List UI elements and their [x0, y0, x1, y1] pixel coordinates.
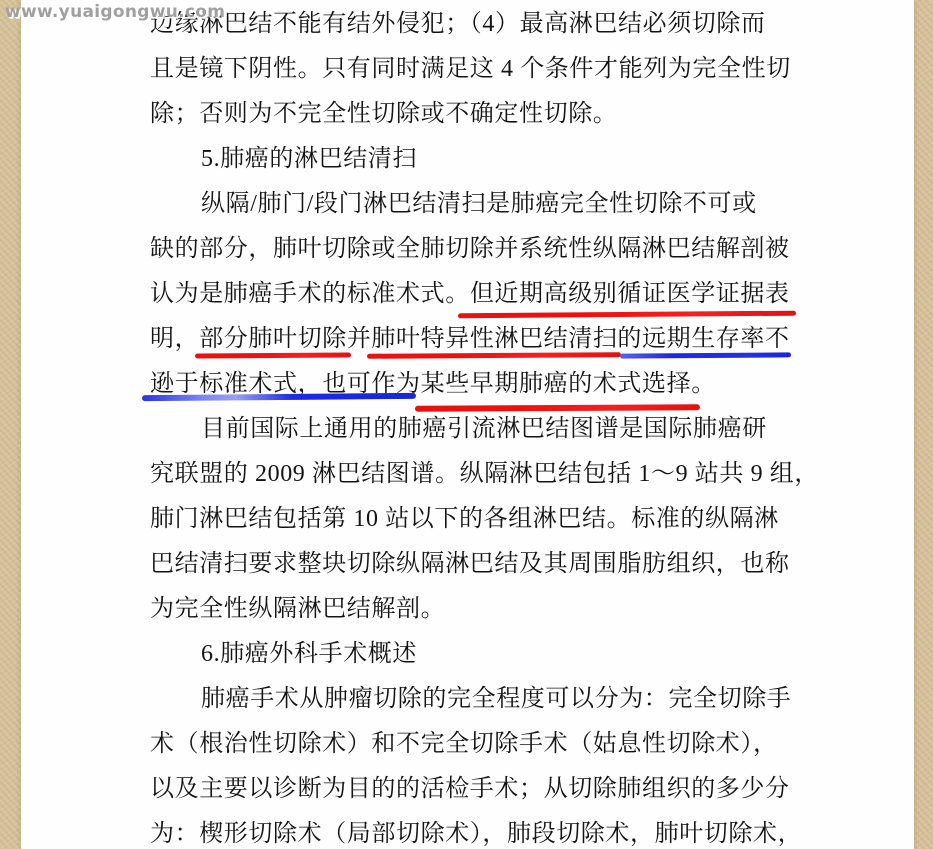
text-segment: 边缘淋巴结不能有结外侵犯；（4）最高淋巴结必须切除而 [150, 11, 766, 37]
text-segment: 并 [347, 326, 372, 352]
text-segment: 明， [150, 326, 199, 352]
text-line: 除；否则为不完全性切除或不确定性切除。 [150, 92, 796, 137]
text-line: 为：楔形切除术（局部切除术），肺段切除术，肺叶切除术， [150, 812, 796, 849]
text-line: 术（根治性切除术）和不完全切除手术（姑息性切除术）， [150, 722, 796, 767]
text-line: 目前国际上通用的肺癌引流淋巴结图谱是国际肺癌研 [150, 407, 796, 452]
text-segment: 肺门淋巴结包括第 10 站以下的各组淋巴结。标准的纵隔淋 [150, 506, 779, 532]
text-line: 且是镜下阴性。只有同时满足这 4 个条件才能列为完全性切 [150, 47, 796, 92]
blue-underlined-text: 逊于标准术式，也可作为 [150, 371, 421, 397]
text-line: 认为是肺癌手术的标准术式。但近期高级别循证医学证据表 [150, 272, 796, 317]
text-line: 明，部分肺叶切除并肺叶特异性淋巴结清扫的远期生存率不 [150, 317, 796, 362]
red-underlined-text: 某些早期肺癌的术式选择。 [421, 371, 716, 397]
text-segment: 以及主要以诊断为目的的活检手术；从切除肺组织的多少分 [150, 776, 790, 802]
red-underline-annotation [195, 353, 351, 359]
red-underlined-text: 但近期高级别循证医学证据表 [470, 281, 790, 307]
text-segment: 5.肺癌的淋巴结清扫 [201, 146, 417, 172]
document-screenshot: { "watermark": { "text": "www.yuaigongwu… [0, 0, 933, 849]
text-segment: 究联盟的 2009 淋巴结图谱。纵隔淋巴结包括 1～9 站共 9 组， [150, 461, 819, 487]
text-segment: 为：楔形切除术（局部切除术），肺段切除术，肺叶切除术， [150, 821, 802, 847]
text-segment: 目前国际上通用的肺癌引流淋巴结图谱是国际肺癌研 [201, 416, 767, 442]
text-line: 肺癌手术从肿瘤切除的完全程度可以分为：完全切除手 [150, 677, 796, 722]
text-segment: 巴结清扫要求整块切除纵隔淋巴结及其周围脂肪组织，也称 [150, 551, 790, 577]
watermark: www.yuaigongwu.com [5, 2, 225, 22]
text-segment: 6.肺癌外科手术概述 [201, 641, 417, 667]
document-text: 边缘淋巴结不能有结外侵犯；（4）最高淋巴结必须切除而且是镜下阴性。只有同时满足这… [150, 2, 796, 849]
red-underlined-text: 部分肺叶切除 [199, 326, 347, 352]
text-segment: 术（根治性切除术）和不完全切除手术（姑息性切除术）， [150, 731, 778, 757]
text-line: 逊于标准术式，也可作为某些早期肺癌的术式选择。 [150, 362, 796, 407]
text-segment: 纵隔/肺门/段门淋巴结清扫是肺癌完全性切除不可或 [201, 191, 757, 217]
text-line: 5.肺癌的淋巴结清扫 [150, 137, 796, 182]
blue-underline-annotation [620, 352, 791, 358]
text-line: 纵隔/肺门/段门淋巴结清扫是肺癌完全性切除不可或 [150, 182, 796, 227]
blue-underline-annotation [142, 393, 416, 401]
document-page: 边缘淋巴结不能有结外侵犯；（4）最高淋巴结必须切除而且是镜下阴性。只有同时满足这… [21, 0, 914, 849]
text-segment: 认为是肺癌手术的标准术式。 [150, 281, 470, 307]
text-line: 6.肺癌外科手术概述 [150, 632, 796, 677]
text-line: 缺的部分，肺叶切除或全肺切除并系统性纵隔淋巴结解剖被 [150, 227, 796, 272]
blue-underlined-text: 的远期生存率不 [617, 326, 789, 352]
text-line: 巴结清扫要求整块切除纵隔淋巴结及其周围脂肪组织，也称 [150, 542, 796, 587]
text-segment: 为完全性纵隔淋巴结解剖。 [150, 596, 445, 622]
text-segment: 除；否则为不完全性切除或不确定性切除。 [150, 101, 617, 127]
text-segment: 且是镜下阴性。只有同时满足这 4 个条件才能列为完全性切 [150, 56, 791, 82]
text-line: 边缘淋巴结不能有结外侵犯；（4）最高淋巴结必须切除而 [150, 2, 796, 47]
text-line: 究联盟的 2009 淋巴结图谱。纵隔淋巴结包括 1～9 站共 9 组， [150, 452, 796, 497]
red-underlined-text: 肺叶特异性淋巴结清扫 [371, 326, 617, 352]
text-line: 以及主要以诊断为目的的活检手术；从切除肺组织的多少分 [150, 767, 796, 812]
text-line: 肺门淋巴结包括第 10 站以下的各组淋巴结。标准的纵隔淋 [150, 497, 796, 542]
text-segment: 缺的部分，肺叶切除或全肺切除并系统性纵隔淋巴结解剖被 [150, 236, 790, 262]
red-underline-annotation [367, 352, 621, 359]
text-segment: 肺癌手术从肿瘤切除的完全程度可以分为：完全切除手 [201, 686, 791, 712]
text-line: 为完全性纵隔淋巴结解剖。 [150, 587, 796, 632]
